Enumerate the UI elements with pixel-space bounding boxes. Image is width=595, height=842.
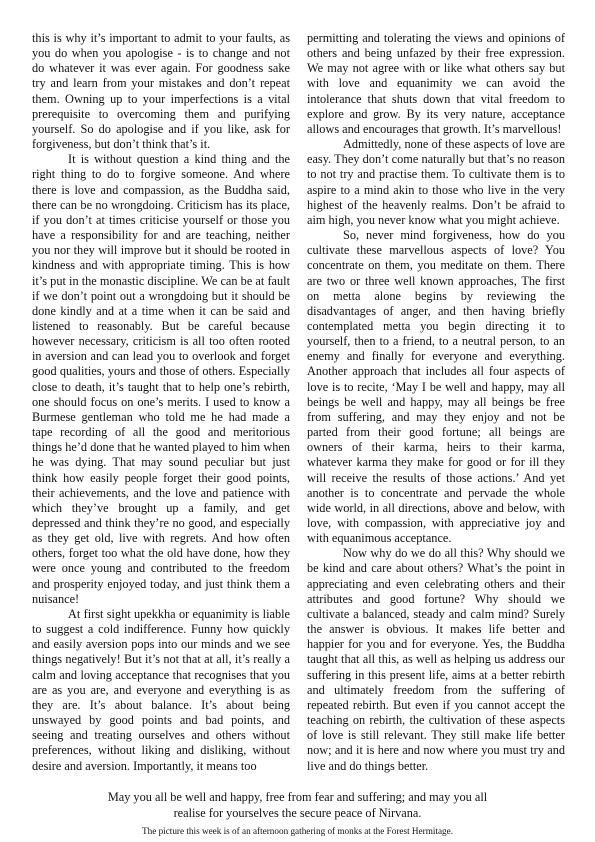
picture-caption: The picture this week is of an afternoon… [0,826,595,837]
two-column-body: this is why it’s important to admit to y… [32,31,565,774]
document-page: this is why it’s important to admit to y… [0,0,595,842]
paragraph: Now why do we do all this? Why should we… [307,546,565,773]
paragraph: Admittedly, none of these aspects of lov… [307,137,565,228]
paragraph: It is without question a kind thing and … [32,152,290,607]
left-column: this is why it’s important to admit to y… [32,31,290,774]
right-column: permitting and tolerating the views and … [307,31,565,774]
blessing-line-2: realise for yourselves the secure peace … [0,806,595,822]
paragraph: permitting and tolerating the views and … [307,31,565,137]
paragraph: So, never mind forgiveness, how do you c… [307,228,565,546]
paragraph: this is why it’s important to admit to y… [32,31,290,152]
paragraph: At first sight upekkha or equanimity is … [32,607,290,774]
closing-blessing: May you all be well and happy, free from… [0,790,595,821]
blessing-line-1: May you all be well and happy, free from… [0,790,595,806]
